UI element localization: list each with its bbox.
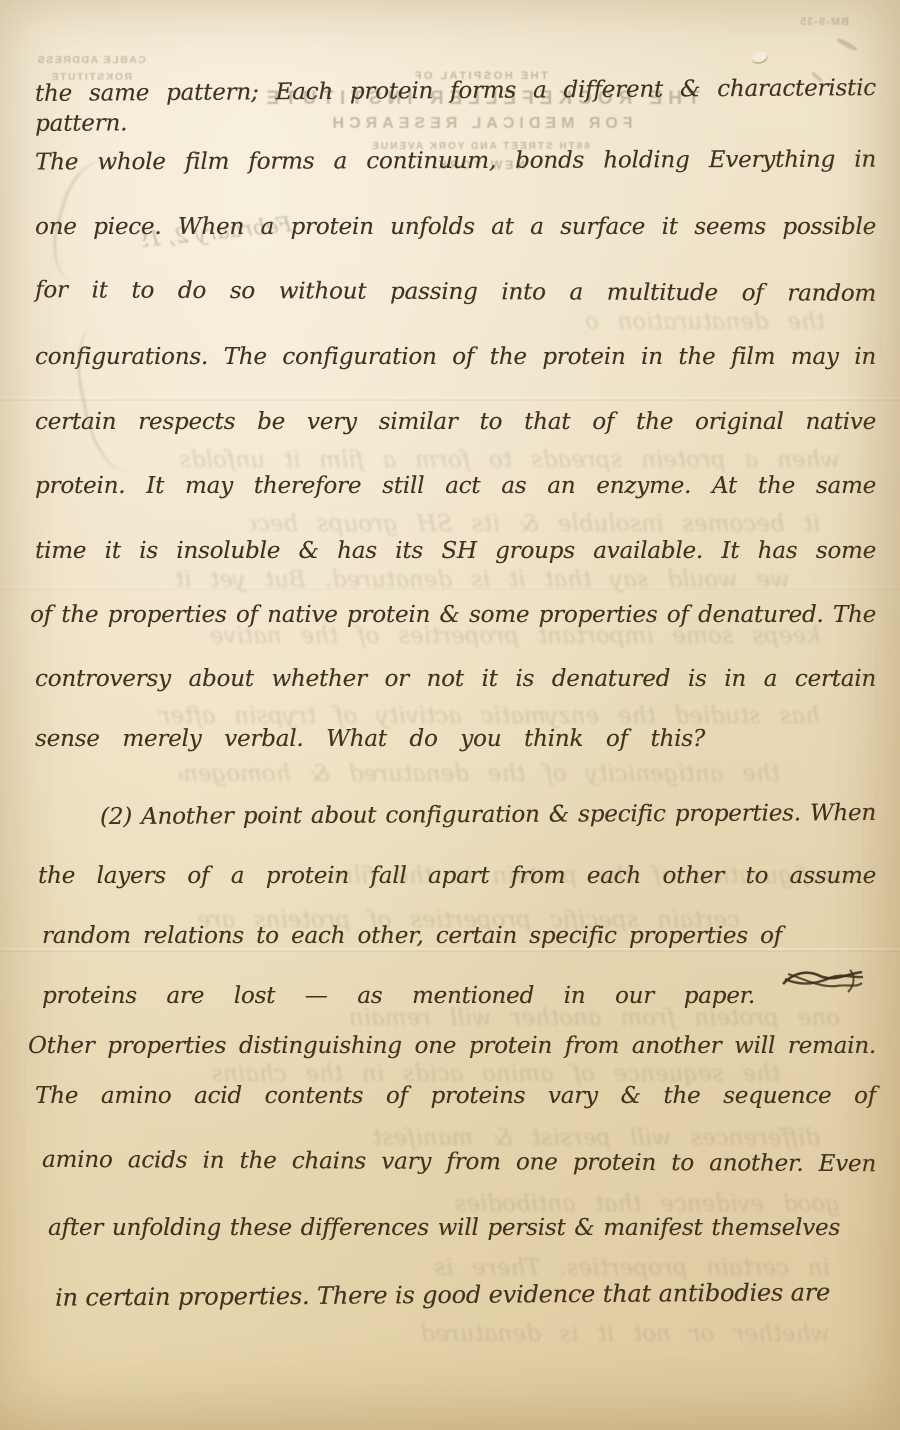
handwritten-line: The whole film forms a continuum, bonds … bbox=[35, 145, 876, 178]
ghost-handwriting-fragment: the antigenicity of the denatured & homo… bbox=[180, 760, 780, 790]
handwritten-line: amino acids in the chains vary from one … bbox=[42, 1145, 876, 1179]
handwritten-line: proteins are lost — as mentioned in our … bbox=[42, 981, 755, 1011]
paper-damage-fleck bbox=[751, 50, 768, 64]
ghost-handwriting-fragment: we would say that it is denatured. But y… bbox=[140, 566, 790, 596]
form-number-bleedthrough: BM-9-35 bbox=[778, 16, 870, 28]
handwritten-line: after unfolding these differences will p… bbox=[48, 1213, 840, 1243]
handwritten-line: configurations. The configuration of the… bbox=[35, 342, 876, 372]
paper-damage-fleck bbox=[836, 37, 858, 52]
letter-page: CABLE ADDRESS ROKSTITUTE BM-9-35 THE HOS… bbox=[0, 0, 900, 1430]
handwritten-line: Other properties distinguishing one prot… bbox=[28, 1031, 876, 1061]
handwritten-line: The amino acid contents of proteins vary… bbox=[35, 1081, 876, 1111]
handwritten-line: time it is insoluble & has its SH groups… bbox=[35, 536, 876, 566]
handwritten-line: controversy about whether or not it is d… bbox=[35, 664, 876, 694]
cable-address-label: CABLE ADDRESS bbox=[26, 52, 156, 69]
handwritten-line: certain respects be very similar to that… bbox=[35, 407, 876, 437]
handwritten-line: the layers of a protein fall apart from … bbox=[38, 861, 876, 891]
handwritten-line: one piece. When a protein unfolds at a s… bbox=[35, 212, 876, 242]
ink-scribble bbox=[780, 962, 866, 996]
ghost-handwriting-fragment: whether or not it is denatured bbox=[290, 1320, 830, 1350]
handwritten-line: for it to do so without passing into a m… bbox=[35, 275, 876, 309]
handwritten-line: of the properties of native protein & so… bbox=[30, 600, 876, 630]
handwritten-line: (2) Another point about configuration & … bbox=[100, 798, 876, 832]
ghost-handwriting-fragment: the denaturation of bbox=[585, 308, 825, 338]
handwritten-line: sense merely verbal. What do you think o… bbox=[35, 724, 705, 754]
handwritten-line: the same pattern; Each protein forms a d… bbox=[35, 73, 876, 139]
handwritten-line: protein. It may therefore still act as a… bbox=[35, 471, 876, 501]
handwritten-line: random relations to each other, certain … bbox=[42, 921, 782, 951]
handwritten-line: in certain properties. There is good evi… bbox=[55, 1277, 830, 1312]
